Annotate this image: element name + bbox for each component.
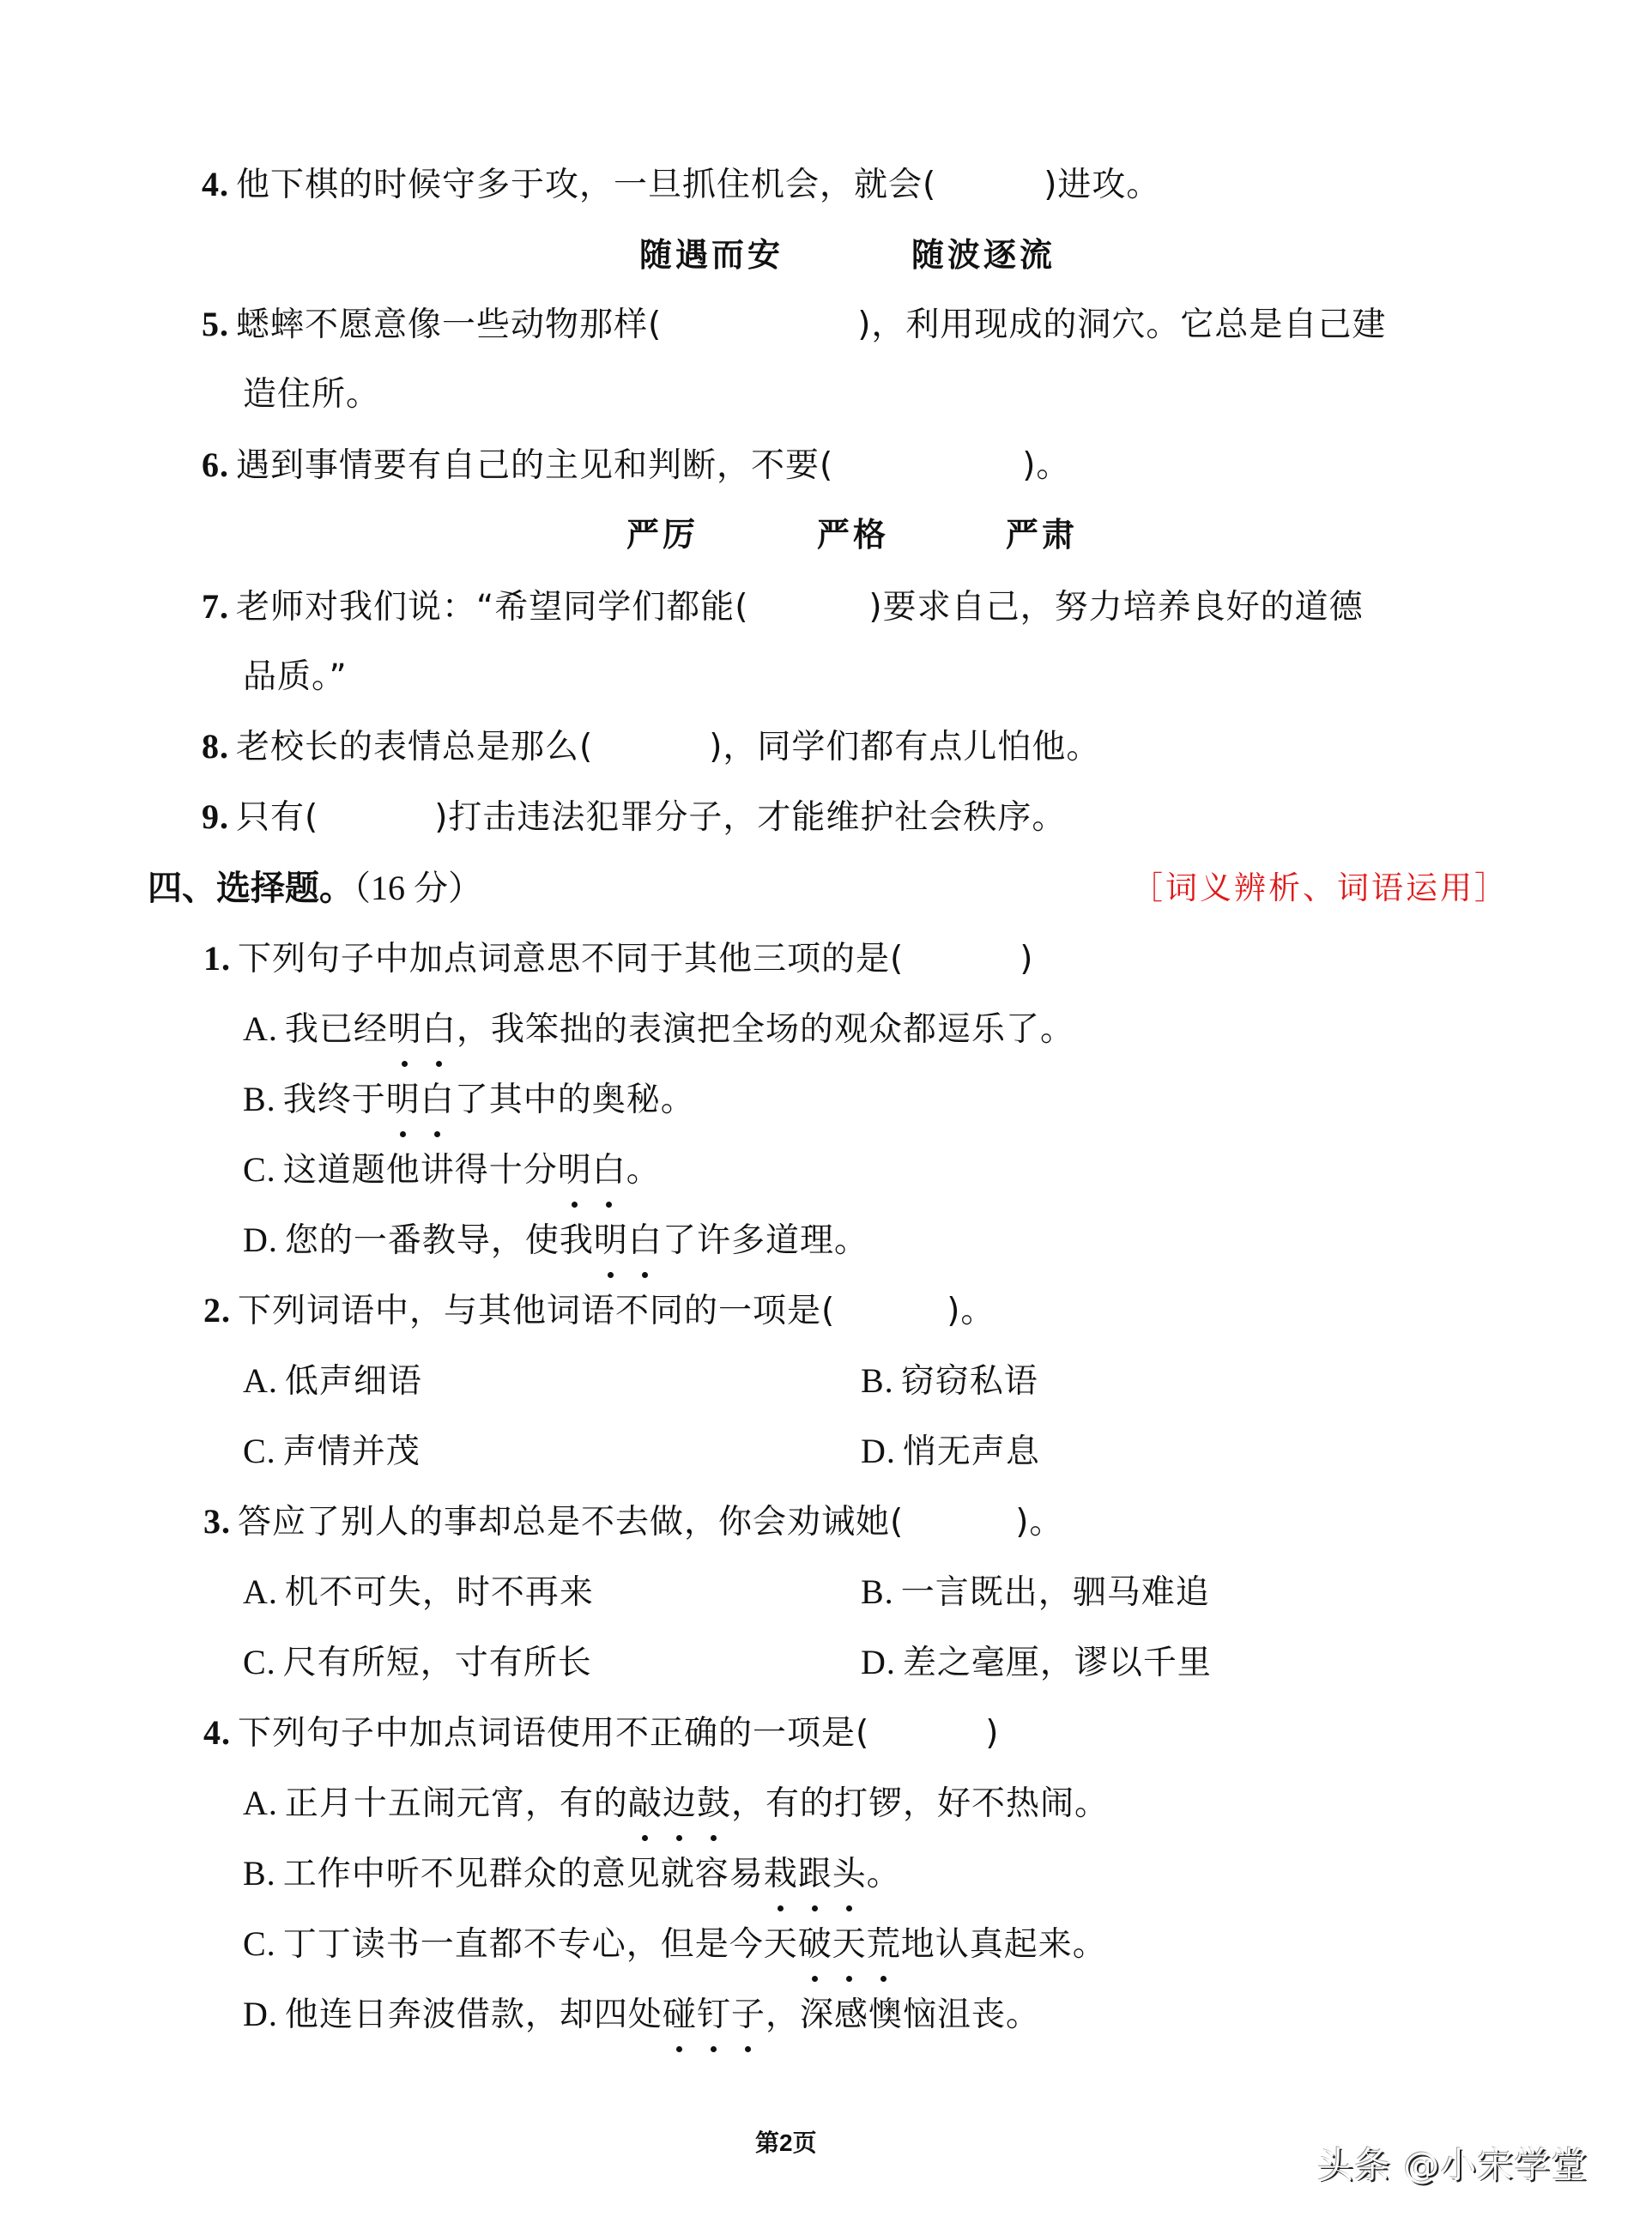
emphasized-word: 明白 bbox=[594, 1221, 663, 1260]
emphasized-word: 明白 bbox=[386, 1081, 455, 1119]
question-4: 4.他下棋的时候守多于攻，一旦抓住机会，就会()进攻。 bbox=[202, 163, 1160, 207]
emphasis-dot-char: 明 bbox=[388, 1009, 422, 1051]
question-8: 8.老校长的表情总是那么()，同学们都有点儿怕他。 bbox=[202, 725, 1100, 769]
question-7: 7.老师对我们说：“希望同学们都能()要求自己，努力培养良好的道德 bbox=[202, 585, 1364, 629]
skill-tag: ［词义辨析、词语运用］ bbox=[1131, 867, 1509, 910]
word-option: 随遇而安 bbox=[639, 233, 784, 276]
emphasis-dot-char: 明 bbox=[558, 1149, 592, 1192]
section-title: 四、选择题。 bbox=[148, 869, 354, 908]
emphasis-dot-char: 栽 bbox=[764, 1853, 798, 1896]
option-d[interactable]: D.悄无声息 bbox=[861, 1430, 1040, 1474]
question-5: 5.蟋蟀不愿意像一些动物那样()，利用现成的洞穴。它总是自己建 bbox=[202, 303, 1386, 347]
emphasis-dot-char: 碰 bbox=[663, 1994, 697, 2037]
option-c[interactable]: C.声情并茂 bbox=[243, 1430, 421, 1474]
page-number: 第2页 bbox=[755, 2124, 817, 2159]
question-number: 8. bbox=[202, 727, 229, 766]
option-a[interactable]: A.正月十五闹元宵，有的敲边鼓，有的打锣，好不热闹。 bbox=[243, 1782, 1109, 1826]
option-c[interactable]: C.尺有所短，寸有所长 bbox=[243, 1641, 592, 1685]
emphasis-dot-char: 荒 bbox=[867, 1923, 901, 1966]
emphasized-word: 敲边鼓 bbox=[628, 1784, 731, 1823]
option-a[interactable]: A.机不可失，时不再来 bbox=[243, 1571, 594, 1614]
emphasis-dot-char: 钉 bbox=[697, 1994, 731, 2037]
section-heading: 四、选择题。（16 分） bbox=[148, 867, 482, 910]
emphasis-dot-char: 边 bbox=[663, 1783, 697, 1826]
emphasized-word: 栽跟头 bbox=[764, 1855, 867, 1893]
section-points: （16 分） bbox=[354, 869, 482, 907]
word-option: 严肃 bbox=[1006, 513, 1078, 556]
question-number: 6. bbox=[202, 445, 229, 484]
mc-question-4: 4.下列句子中加点词语使用不正确的一项是() bbox=[203, 1711, 999, 1755]
emphasized-word: 破天荒 bbox=[798, 1925, 901, 1964]
emphasis-dot-char: 敲 bbox=[628, 1783, 663, 1826]
emphasized-word: 明白 bbox=[388, 1010, 457, 1049]
emphasis-dot-char: 破 bbox=[798, 1923, 832, 1966]
option-b[interactable]: B.一言既出，驷马难追 bbox=[861, 1571, 1210, 1614]
emphasis-dot-char: 白 bbox=[421, 1079, 455, 1122]
watermark: 头条 @小宋学堂 bbox=[1317, 2137, 1588, 2189]
emphasis-dot-char: 天 bbox=[832, 1923, 867, 1966]
emphasized-word: 碰钉子 bbox=[663, 1996, 765, 2034]
emphasized-word: 明白 bbox=[558, 1151, 626, 1190]
mc-question-2: 2.下列词语中，与其他词语不同的一项是()。 bbox=[203, 1289, 995, 1333]
option-b[interactable]: B.工作中听不见群众的意见就容易栽跟头。 bbox=[243, 1852, 901, 1896]
emphasis-dot-char: 子 bbox=[731, 1994, 765, 2037]
question-number: 1. bbox=[203, 939, 231, 978]
question-number: 9. bbox=[202, 797, 229, 836]
mc-question-1: 1.下列句子中加点词意思不同于其他三项的是() bbox=[203, 937, 1033, 981]
emphasis-dot-char: 明 bbox=[594, 1220, 628, 1263]
emphasis-dot-char: 白 bbox=[422, 1009, 457, 1051]
emphasis-dot-char: 明 bbox=[386, 1079, 421, 1122]
question-number: 7. bbox=[202, 587, 229, 626]
emphasis-dot-char: 白 bbox=[592, 1149, 626, 1192]
emphasis-dot-char: 跟 bbox=[798, 1853, 832, 1896]
option-a[interactable]: A.我已经明白，我笨拙的表演把全场的观众都逗乐了。 bbox=[243, 1008, 1074, 1051]
option-d[interactable]: D.您的一番教导，使我明白了许多道理。 bbox=[243, 1219, 868, 1263]
question-6: 6.遇到事情要有自己的主见和判断，不要()。 bbox=[202, 444, 1070, 488]
question-9: 9.只有()打击违法犯罪分子，才能维护社会秩序。 bbox=[202, 796, 1066, 839]
option-c[interactable]: C.这道题他讲得十分明白。 bbox=[243, 1148, 661, 1192]
question-number: 2. bbox=[203, 1291, 231, 1330]
question-number: 4. bbox=[203, 1713, 231, 1752]
question-number: 3. bbox=[203, 1502, 231, 1541]
option-d[interactable]: D.差之毫厘，谬以千里 bbox=[861, 1641, 1212, 1685]
word-option: 随波逐流 bbox=[911, 233, 1056, 276]
option-c[interactable]: C.丁丁读书一直都不专心，但是今天破天荒地认真起来。 bbox=[243, 1923, 1107, 1966]
question-5-continued: 造住所。 bbox=[243, 373, 380, 416]
option-b[interactable]: B.我终于明白了其中的奥秘。 bbox=[243, 1078, 695, 1122]
question-number: 4. bbox=[202, 165, 229, 203]
option-b[interactable]: B.窃窃私语 bbox=[861, 1360, 1038, 1403]
option-d[interactable]: D.他连日奔波借款，却四处碰钉子，深感懊恼沮丧。 bbox=[243, 1993, 1040, 2037]
question-7-continued: 品质。” bbox=[243, 656, 348, 699]
emphasis-dot-char: 白 bbox=[628, 1220, 663, 1263]
emphasis-dot-char: 鼓 bbox=[697, 1783, 731, 1826]
option-a[interactable]: A.低声细语 bbox=[243, 1360, 422, 1403]
word-option: 严厉 bbox=[626, 513, 699, 556]
question-number: 5. bbox=[202, 305, 229, 343]
emphasis-dot-char: 头 bbox=[832, 1853, 867, 1896]
word-option: 严格 bbox=[817, 513, 889, 556]
mc-question-3: 3.答应了别人的事却总是不去做，你会劝诫她()。 bbox=[203, 1500, 1063, 1544]
